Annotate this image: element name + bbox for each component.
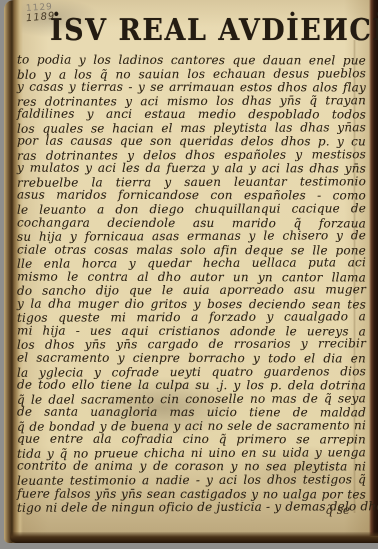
manuscript-photo: 1129 1189 İSV REAL AVDİEИCİA to podia y … — [0, 0, 378, 549]
manuscript-page: 1129 1189 İSV REAL AVDİEИCİA to podia y … — [4, 0, 378, 543]
page-title: İSV REAL AVDİEИCİA — [50, 13, 370, 47]
manuscript-body: to podia y los ladinos cantores que daua… — [17, 54, 366, 515]
manuscript-line: tigo ni dele de ningun oficio de justici… — [17, 500, 366, 515]
catchword: q̃ se — [325, 503, 350, 517]
page-edge-bottom — [10, 532, 378, 543]
page-edge-right — [369, 0, 378, 536]
